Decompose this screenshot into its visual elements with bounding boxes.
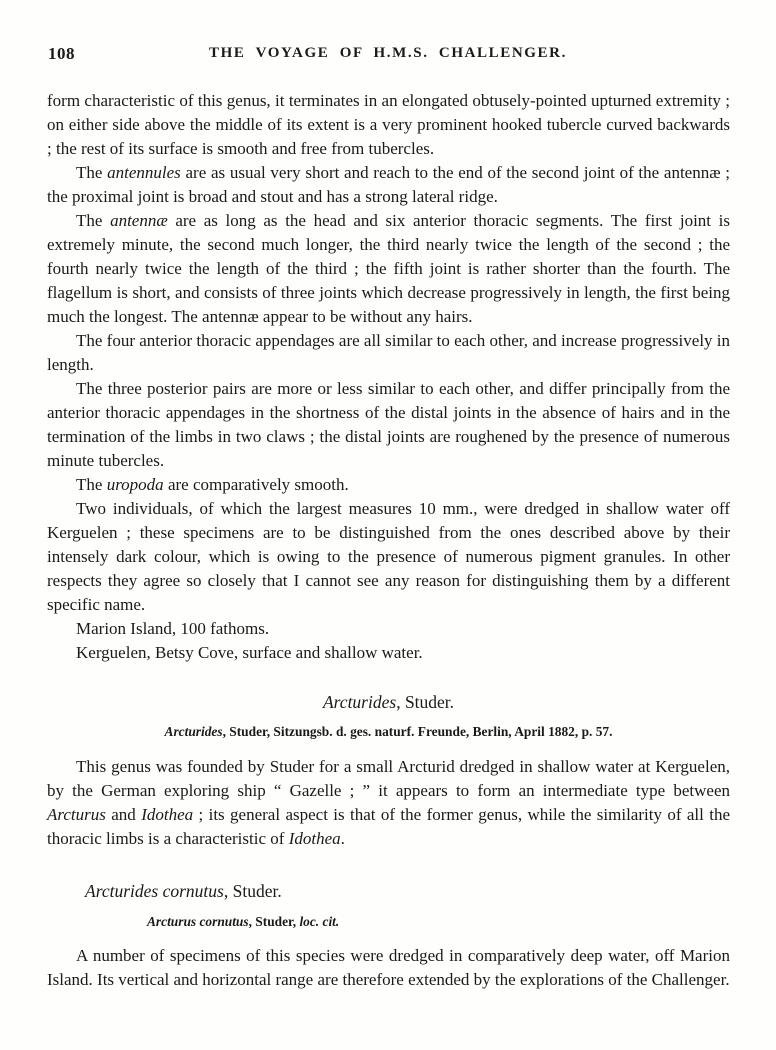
text-run: The three posterior pairs are more or le… [47, 379, 730, 470]
text-run: uropoda [107, 475, 164, 494]
text-run: Idothea [289, 829, 341, 848]
text-run: and [106, 805, 141, 824]
paragraph: The four anterior thoracic appendages ar… [47, 329, 730, 377]
text-run: Kerguelen, Betsy Cove, surface and shall… [76, 643, 423, 662]
text-run: Arcturus cornutus [147, 914, 249, 929]
genus-citation: Arcturides, Studer, Sitzungsb. d. ges. n… [47, 723, 730, 741]
paragraph: This genus was founded by Studer for a s… [47, 755, 730, 851]
text-run: The [76, 211, 110, 230]
text-run: A number of specimens of this species we… [47, 946, 730, 989]
paragraph: Kerguelen, Betsy Cove, surface and shall… [47, 641, 730, 665]
page-number: 108 [48, 44, 75, 64]
text-run: Arcturus [47, 805, 106, 824]
text-run: are comparatively smooth. [164, 475, 349, 494]
text-run: loc. cit. [299, 914, 339, 929]
paragraph: A number of specimens of this species we… [47, 944, 730, 992]
text-run: This genus was founded by Studer for a s… [47, 757, 730, 800]
text-run: antennæ [110, 211, 168, 230]
text-run: The [76, 163, 107, 182]
running-title: THE VOYAGE OF H.M.S. CHALLENGER. [0, 44, 776, 62]
text-run: , Studer. [396, 692, 454, 712]
text-run: Idothea [141, 805, 193, 824]
book-page: 108 THE VOYAGE OF H.M.S. CHALLENGER. for… [0, 0, 776, 1050]
page-header: 108 THE VOYAGE OF H.M.S. CHALLENGER. [0, 0, 776, 66]
paragraph: Marion Island, 100 fathoms. [47, 617, 730, 641]
text-run: The [76, 475, 107, 494]
species-citation: Arcturus cornutus, Studer, loc. cit. [47, 913, 730, 931]
text-run: . [341, 829, 345, 848]
paragraph: Two individuals, of which the largest me… [47, 497, 730, 617]
species-heading: Arcturides cornutus, Studer. [47, 879, 730, 903]
text-run: , Studer, [249, 914, 300, 929]
text-run: antennules [107, 163, 181, 182]
paragraph: form characteristic of this genus, it te… [47, 89, 730, 161]
text-run: The four anterior thoracic appendages ar… [47, 331, 730, 374]
text-run: Arcturides [165, 724, 223, 739]
text-run: Two individuals, of which the largest me… [47, 499, 730, 614]
paragraph: The antennæ are as long as the head and … [47, 209, 730, 329]
page-body: form characteristic of this genus, it te… [47, 89, 730, 992]
text-run: Marion Island, 100 fathoms. [76, 619, 269, 638]
paragraph: The uropoda are comparatively smooth. [47, 473, 730, 497]
paragraph: The three posterior pairs are more or le… [47, 377, 730, 473]
text-run: Arcturides [323, 692, 396, 712]
text-run: , Studer, Sitzungsb. d. ges. naturf. Fre… [223, 724, 613, 739]
paragraph: The antennules are as usual very short a… [47, 161, 730, 209]
text-run: form characteristic of this genus, it te… [47, 91, 730, 158]
text-run: , Studer. [224, 881, 282, 901]
genus-heading: Arcturides, Studer. [47, 690, 730, 714]
text-run: Arcturides cornutus [85, 881, 224, 901]
